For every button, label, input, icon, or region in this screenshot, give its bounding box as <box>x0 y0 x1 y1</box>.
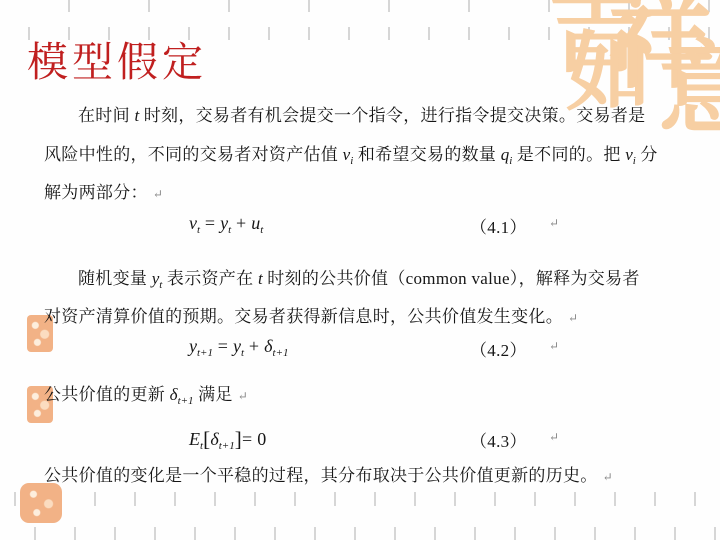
paragraph-mark: ↵ <box>549 430 559 445</box>
equation-number: （4.1） <box>470 213 527 238</box>
dash-pattern-row <box>14 492 720 506</box>
equation-line: Et[δt+1]= 0 （4.3） ↵ <box>44 427 690 453</box>
equation-line: vt = yt + ut （4.1） ↵ <box>44 213 690 239</box>
body-line: 在时间 t 时刻，交易者有机会提交一个指令，进行指令提交决策。交易者是 <box>44 101 690 127</box>
formula: yt+1 = yt + δt+1 <box>189 336 289 356</box>
presentation-slide: 吉 如 祥 意 模型假定 在时间 t 时刻，交易者有机会提交一个指令，进行指令提… <box>0 0 720 540</box>
seal-stamp <box>20 483 62 523</box>
watermark-char: 祥 <box>608 0 714 94</box>
body-line: 解为两部分：↵ <box>44 178 690 204</box>
formula: Et[δt+1]= 0 <box>189 429 267 449</box>
equation-line: yt+1 = yt + δt+1 （4.2） ↵ <box>44 336 690 362</box>
formula: vt = yt + ut <box>189 213 263 233</box>
body-line: 对资产清算价值的预期。交易者获得新信息时，公共价值发生变化。↵ <box>44 302 690 328</box>
equation-number: （4.2） <box>470 336 527 361</box>
dash-pattern-row <box>68 0 720 12</box>
body-line: 随机变量 yt 表示资产在 t 时刻的公共价值（common value），解释… <box>44 264 690 290</box>
body-line: 公共价值的变化是一个平稳的过程，其分布取决于公共价值更新的历史。↵ <box>44 461 690 487</box>
body-line: 风险中性的，不同的交易者对资产估值 vi 和希望交易的数量 qi 是不同的。把 … <box>44 140 690 166</box>
slide-title: 模型假定 <box>27 40 207 85</box>
paragraph-mark: ↵ <box>549 216 559 231</box>
paragraph-mark: ↵ <box>549 339 559 354</box>
body-line: 公共价值的更新 δt+1 满足↵ <box>44 380 690 406</box>
equation-number: （4.3） <box>470 427 527 452</box>
dash-pattern-row <box>34 527 720 540</box>
watermark-char: 吉 <box>548 0 644 78</box>
